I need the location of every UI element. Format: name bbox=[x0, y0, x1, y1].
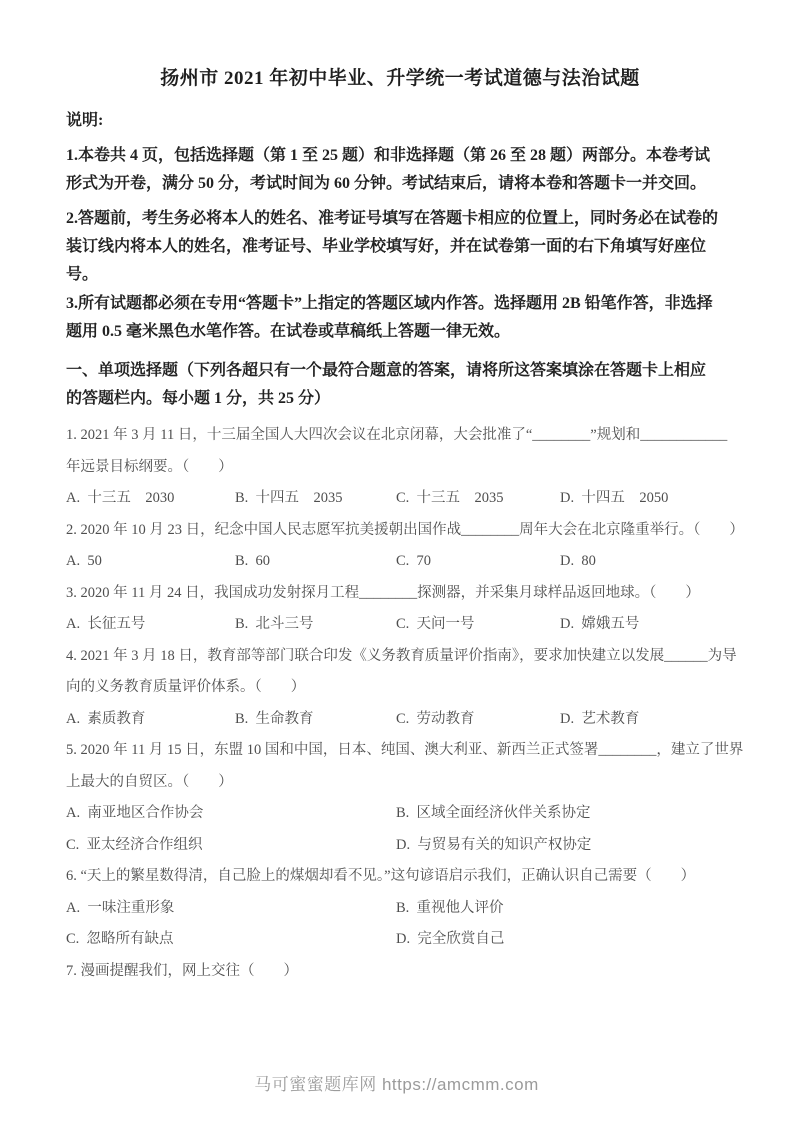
option-2-d: D. 80 bbox=[560, 546, 596, 578]
section-header: 一、单项选择题（下列各超只有一个最符合题意的答案，请将所这答案填涂在答题卡上相应… bbox=[66, 357, 734, 413]
question-4-options: A. 素质教育 B. 生命教育 C. 劳动教育 D. 艺术教育 bbox=[66, 704, 734, 736]
option-6-a: A. 一味注重形象 bbox=[66, 893, 174, 925]
option-2-c: C. 70 bbox=[396, 546, 431, 578]
option-4-c: C. 劳动教育 bbox=[396, 704, 475, 736]
option-1-b: B. 十四五 2035 bbox=[235, 483, 343, 515]
option-4-b: B. 生命教育 bbox=[235, 704, 314, 736]
question-2-text: 2. 2020 年 10 月 23 日，纪念中国人民志愿军抗美援朝出国作战___… bbox=[66, 515, 734, 547]
question-4: 4. 2021 年 3 月 18 日，教育部等部门联合印发《义务教育质量评价指南… bbox=[66, 641, 734, 736]
question-3: 3. 2020 年 11 月 24 日，我国成功发射探月工程________探测… bbox=[66, 578, 734, 641]
question-4-text: 4. 2021 年 3 月 18 日，教育部等部门联合印发《义务教育质量评价指南… bbox=[66, 641, 734, 704]
option-3-a: A. 长征五号 bbox=[66, 609, 145, 641]
option-6-c: C. 忽略所有缺点 bbox=[66, 924, 174, 956]
option-6-d: D. 完全欣赏自己 bbox=[396, 924, 504, 956]
option-5-b: B. 区域全面经济伙伴关系协定 bbox=[396, 798, 591, 830]
option-2-b: B. 60 bbox=[235, 546, 270, 578]
question-5-options-row-2: C. 亚太经济合作组织 D. 与贸易有关的知识产权协定 bbox=[66, 830, 734, 862]
option-4-a: A. 素质教育 bbox=[66, 704, 145, 736]
instruction-3: 3.所有试题都必须在专用“答题卡”上指定的答题区域内作答。选择题用 2B 铅笔作… bbox=[66, 290, 734, 346]
option-2-a: A. 50 bbox=[66, 546, 102, 578]
question-2: 2. 2020 年 10 月 23 日，纪念中国人民志愿军抗美援朝出国作战___… bbox=[66, 515, 734, 578]
question-7: 7. 漫画提醒我们，网上交往（ ） bbox=[66, 956, 734, 988]
question-6: 6. “天上的繁星数得清，自己脸上的煤烟却看不见。”这句谚语启示我们，正确认识自… bbox=[66, 861, 734, 956]
option-5-c: C. 亚太经济合作组织 bbox=[66, 830, 203, 862]
question-3-text: 3. 2020 年 11 月 24 日，我国成功发射探月工程________探测… bbox=[66, 578, 734, 610]
option-6-b: B. 重视他人评价 bbox=[396, 893, 504, 925]
watermark-footer: 马可蜜蜜题库网 https://amcmm.com bbox=[0, 1070, 793, 1095]
question-list: 1. 2021 年 3 月 11 日，十三届全国人大四次会议在北京闭幕，大会批准… bbox=[66, 420, 734, 987]
question-3-options: A. 长征五号 B. 北斗三号 C. 天问一号 D. 嫦娥五号 bbox=[66, 609, 734, 641]
option-1-d: D. 十四五 2050 bbox=[560, 483, 668, 515]
option-1-a: A. 十三五 2030 bbox=[66, 483, 174, 515]
question-1: 1. 2021 年 3 月 11 日，十三届全国人大四次会议在北京闭幕，大会批准… bbox=[66, 420, 734, 515]
question-6-text: 6. “天上的繁星数得清，自己脸上的煤烟却看不见。”这句谚语启示我们，正确认识自… bbox=[66, 861, 734, 893]
question-5-text: 5. 2020 年 11 月 15 日，东盟 10 国和中国，日本、纯国、澳大利… bbox=[66, 735, 734, 798]
question-2-options: A. 50 B. 60 C. 70 D. 80 bbox=[66, 546, 734, 578]
notice-label: 说明: bbox=[66, 107, 734, 135]
instruction-2: 2.答题前，考生务必将本人的姓名、准考证号填写在答题卡相应的位置上，同时务必在试… bbox=[66, 205, 734, 289]
option-5-a: A. 南亚地区合作协会 bbox=[66, 798, 203, 830]
instruction-1: 1.本卷共 4 页，包括选择题（第 1 至 25 题）和非选择题（第 26 至 … bbox=[66, 142, 734, 198]
option-4-d: D. 艺术教育 bbox=[560, 704, 639, 736]
question-6-options-row-2: C. 忽略所有缺点 D. 完全欣赏自己 bbox=[66, 924, 734, 956]
option-5-d: D. 与贸易有关的知识产权协定 bbox=[396, 830, 591, 862]
question-5-options-row-1: A. 南亚地区合作协会 B. 区域全面经济伙伴关系协定 bbox=[66, 798, 734, 830]
question-6-options-row-1: A. 一味注重形象 B. 重视他人评价 bbox=[66, 893, 734, 925]
question-7-text: 7. 漫画提醒我们，网上交往（ ） bbox=[66, 956, 734, 988]
page-title: 扬州市 2021 年初中毕业、升学统一考试道德与法治试题 bbox=[66, 64, 734, 94]
exam-paper: 扬州市 2021 年初中毕业、升学统一考试道德与法治试题 说明: 1.本卷共 4… bbox=[66, 0, 734, 987]
option-1-c: C. 十三五 2035 bbox=[396, 483, 504, 515]
option-3-c: C. 天问一号 bbox=[396, 609, 475, 641]
question-1-options: A. 十三五 2030 B. 十四五 2035 C. 十三五 2035 D. 十… bbox=[66, 483, 734, 515]
question-5: 5. 2020 年 11 月 15 日，东盟 10 国和中国，日本、纯国、澳大利… bbox=[66, 735, 734, 861]
question-1-text: 1. 2021 年 3 月 11 日，十三届全国人大四次会议在北京闭幕，大会批准… bbox=[66, 420, 734, 483]
option-3-d: D. 嫦娥五号 bbox=[560, 609, 639, 641]
option-3-b: B. 北斗三号 bbox=[235, 609, 314, 641]
